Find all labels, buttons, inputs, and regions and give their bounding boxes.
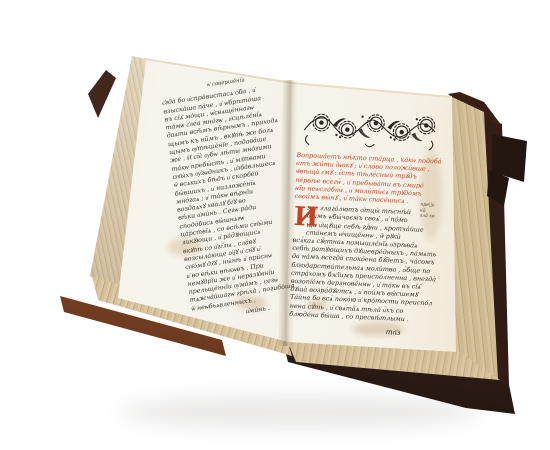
- margin-note: преⷣика̑гла̑ кв: [420, 203, 436, 220]
- drop-cap-initial: И: [293, 204, 319, 231]
- book-photo: ѡ҆ соверше́нїи є҆гда̀ бо и҆спра́вистасѧ …: [0, 0, 550, 450]
- rubric-red-text: Вопроша́етъ нѣ́кто ста́рца , ка́кѡ подоб…: [294, 151, 444, 207]
- margin-note-line: гла̑ кв: [420, 214, 435, 220]
- book-shadow: [120, 395, 480, 429]
- headpiece-woodcut-icon: [301, 102, 439, 153]
- body-text-block: И же глаго́лютъ ѻ҆тцы̀ тѣснѣ́йшимъ ѡ҆бы́…: [289, 203, 442, 324]
